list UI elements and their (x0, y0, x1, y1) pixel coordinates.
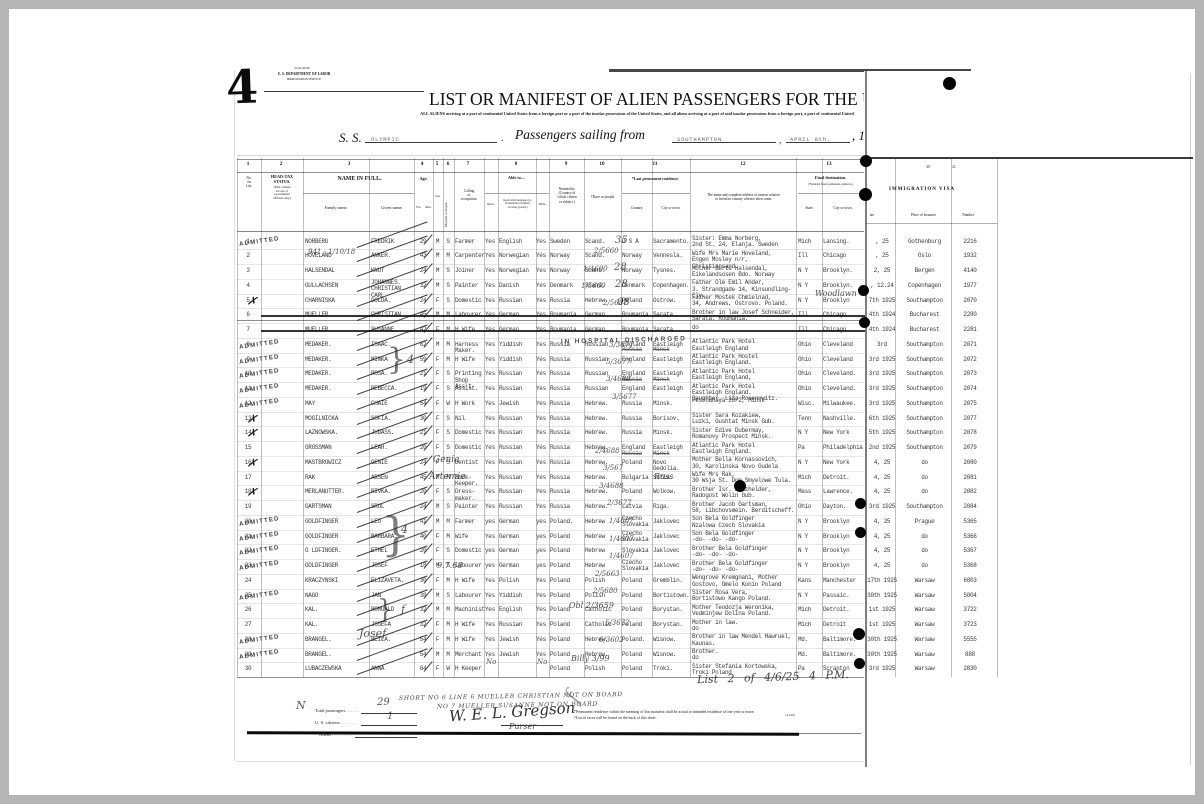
cell-na: Russia (550, 489, 584, 495)
ink-blot (860, 155, 872, 167)
column-number: 10 (595, 161, 609, 167)
handwritten-annotation: 2/4688 (595, 447, 620, 455)
cell-na: Russia (550, 504, 584, 510)
cell-ci: Troki. (653, 666, 689, 672)
form-code: 14-1625 (785, 713, 795, 718)
handwritten-annotation: N (296, 699, 306, 712)
cell-lg: Russian (499, 386, 536, 392)
cell-re: Son Bela Goldfinger -do- -do- -do- (692, 531, 796, 544)
column-number: 13 (822, 161, 836, 167)
cell-c: H Wife (455, 637, 484, 643)
cell-rd: Yes (485, 534, 498, 540)
cell-st: Ohio (798, 357, 821, 363)
cell-m: S (443, 371, 453, 377)
cell-s: F (433, 386, 442, 392)
handwritten-annotation: No (486, 658, 496, 666)
form-number: Form 500 B (257, 67, 347, 71)
cell-rd: yes (485, 563, 498, 569)
cell-st: Kans (798, 578, 821, 584)
table-rule (237, 172, 867, 173)
cell-st: Md. (798, 637, 821, 643)
cell-de: Nashville. (823, 416, 863, 422)
col-sex: Sex. (433, 195, 443, 199)
visa-cell-vd: 3rd 1925 (867, 357, 897, 363)
cell-na: Russia (550, 475, 584, 481)
visa-cell-vn: 2080 (952, 460, 988, 466)
sheet-number-stamp: 4 (225, 63, 259, 110)
col-write: Write. (536, 203, 549, 207)
handwritten-annotation: 3/567 (603, 464, 623, 472)
cell-c: Merchant (455, 652, 484, 658)
cell-s: M (433, 593, 442, 599)
visa-cell-vp: Southampton (898, 386, 951, 392)
cell-re: Wengrove Kremgnani, Mother Gostovo, Gmel… (692, 575, 796, 588)
cell-co: Bulgaria (622, 475, 651, 481)
visa-cell-vd: , 25 (867, 239, 897, 245)
department-name: U. S. DEPARTMENT OF LABOR (249, 72, 359, 76)
cell-s: F (433, 578, 442, 584)
cell-lg: Russian (499, 460, 536, 466)
cell-de: Cleveland. (823, 371, 863, 377)
cell-m: M (443, 622, 453, 628)
cell-c: H Wife (455, 357, 484, 363)
visa-col-21: 21 (947, 165, 961, 169)
column-number: 2 (274, 161, 288, 167)
handwritten-annotation: 1/4607 (609, 517, 634, 525)
column-number: 6 (441, 161, 455, 167)
admitted-stamp: ADMITTED (239, 589, 280, 602)
cell-rd: Yes (485, 298, 498, 304)
cell-na: Poland (550, 563, 584, 569)
cell-c: Carpenter (455, 253, 484, 259)
cell-rd: Yes (485, 460, 498, 466)
cell-re: Sister Rosa Vera, Bortistowo Kango Polan… (692, 590, 796, 603)
cell-st: Mich (798, 607, 821, 613)
cell-ci: Wisnow. (653, 652, 689, 658)
visa-cell-vd: 4, 25 (867, 563, 897, 569)
cell-m: S (443, 445, 453, 451)
cell-na: Poland (550, 666, 584, 672)
visa-cell-vn: 2072 (952, 357, 988, 363)
cell-st: Ohio (798, 371, 821, 377)
col-city: City or town. (653, 206, 689, 210)
handwritten-annotation: 1/4600 (583, 265, 608, 273)
visa-cell-vd: 4, 25 (867, 519, 897, 525)
cell-lg: Jewish (499, 637, 536, 643)
cell-s: F (433, 416, 442, 422)
visa-cell-vp: Warsaw (898, 593, 951, 599)
cell-co: Russia (622, 416, 651, 422)
cell-m: M (443, 652, 453, 658)
cell-n: 6 (238, 312, 258, 318)
handwritten-annotation: Josef (359, 627, 386, 640)
cell-wr: Yes (536, 268, 549, 274)
cell-rd: Yes (485, 607, 498, 613)
cell-f: MEDAKER. (305, 371, 369, 377)
cell-s: M (433, 283, 442, 289)
visa-cell-vd: 3rd (867, 342, 897, 348)
us-underline (361, 720, 417, 726)
cell-f: GOLDFINGER (305, 534, 369, 540)
cell-s: F (433, 430, 442, 436)
header-split-rule (485, 193, 549, 194)
ink-blot (734, 480, 746, 492)
comma: , (779, 135, 781, 145)
ss-period: . (501, 133, 504, 144)
cell-re: Atlantic Park Hostel Eastleigh England. (692, 354, 796, 367)
column-number: 9 (559, 161, 573, 167)
crossed-out-mark: ✗ (246, 426, 258, 441)
cell-na: Russia (550, 357, 584, 363)
handwritten-annotation: No (537, 658, 547, 666)
col-no: No. on List. (238, 176, 260, 189)
cell-f: MAY (305, 401, 369, 407)
cell-f: NAGO (305, 593, 369, 599)
cell-c: Machinist (455, 607, 484, 613)
cell-re: Atlantic Park Hotel Eastleigh England. (692, 443, 796, 456)
cell-s: M (433, 239, 442, 245)
crossed-out-mark: ✗ (246, 411, 258, 426)
admitted-stamp: ADMITTED (239, 235, 280, 248)
cell-de: Philadelphia. (823, 445, 863, 451)
cell-f: MERLANUTTER. (305, 489, 369, 495)
col-final-dest: Final destination. (798, 176, 863, 181)
cell-ci: Eastleigh (653, 386, 689, 392)
cell-lg: Polish (499, 578, 536, 584)
visa-cell-vp: do (898, 475, 951, 481)
visa-cell-vp: Warsaw (898, 578, 951, 584)
cell-lg: Yiddish (499, 593, 536, 599)
cell-de: Passaic. (823, 593, 863, 599)
visa-cell-vn: 5367 (952, 548, 988, 554)
visa-sheet-top-rule (864, 157, 1193, 159)
cell-ra: Hebrew. (585, 416, 621, 422)
cell-f: KRACZYNSKI (305, 578, 369, 584)
column-rule (261, 158, 262, 677)
header-split-rule (303, 193, 414, 194)
column-number: 4 (415, 161, 429, 167)
cell-de: Brooklyn. (823, 268, 863, 274)
cell-wr: Yes (536, 652, 549, 658)
visa-cell-vp: Bucharest (898, 312, 951, 318)
cell-c: Nil (455, 416, 484, 422)
cell-de: Baltimore. (823, 652, 863, 658)
visa-cell-vd: 4th 1924 (867, 312, 897, 318)
cell-s: F (433, 401, 442, 407)
visa-cell-vp: Copenhagen (898, 283, 951, 289)
cell-ci: Gremblin. (653, 578, 689, 584)
cell-f: MASTBROWICZ (305, 460, 369, 466)
crossed-out-mark: ✗ (246, 293, 258, 308)
cell-m: W (443, 401, 453, 407)
cell-re: Mother Berte Halsendal, Eikelandsosen Bd… (692, 266, 796, 279)
cell-st: Mich (798, 475, 821, 481)
visa-cell-vp: Warsaw (898, 607, 951, 613)
cell-na: Russia (550, 460, 584, 466)
handwritten-annotation: 9.7.68 (437, 561, 462, 570)
cell-lg: Russian (499, 371, 536, 377)
col-last-res: *Last permanent residence. (621, 177, 690, 182)
cell-lg: Jewish (499, 652, 536, 658)
cell-ci: Wolkow. (653, 489, 689, 495)
cell-de: Milwaukee. (823, 401, 863, 407)
cell-ra: Polish (585, 666, 621, 672)
cell-m: S (443, 386, 453, 392)
col-country: Country. (623, 206, 651, 210)
cell-c: Wife (455, 534, 484, 540)
visa-cell-vd: 1st 1925 (867, 622, 897, 628)
col-race: †Race or people. (585, 195, 621, 199)
cell-rd: Yes (485, 504, 498, 510)
cell-ci: Eastleigh (653, 357, 689, 363)
cell-ra: Hebrew (585, 563, 621, 569)
cell-rd: Yes (485, 386, 498, 392)
visa-cell-vd: 1st 1925 (867, 607, 897, 613)
column-number: 11 (648, 161, 662, 167)
cell-a: 64 (415, 666, 431, 672)
cell-ci: Minsk. (653, 401, 689, 407)
cell-co: Poland. (622, 637, 651, 643)
cell-co: Poland (622, 578, 651, 584)
handwritten-annotation: Artemie (429, 472, 465, 482)
handwritten-annotation: 1/5660 (581, 282, 606, 290)
ss-label: S. S. (339, 130, 362, 146)
cell-city-struck: Minsk (653, 347, 689, 353)
col-name: NAME IN FULL. (305, 177, 414, 182)
cell-f: GROSSMAN (305, 445, 369, 451)
cell-st: N Y (798, 593, 821, 599)
admitted-stamp: ADMITTED (239, 338, 280, 351)
cell-de: New York (823, 430, 863, 436)
cell-de: Cleveland. (823, 386, 863, 392)
cell-lg: Russian (499, 475, 536, 481)
cell-ra: Hebrew. (585, 401, 621, 407)
visa-cell-vp: Southampton (898, 371, 951, 377)
visa-cell-vn: 2071 (952, 342, 988, 348)
visa-cell-vp: Southampton (898, 416, 951, 422)
crossed-out-mark: ✗ (246, 485, 258, 500)
cell-m: S (443, 283, 453, 289)
cell-wr: yes (536, 534, 549, 540)
handwritten-annotation: 3/4688 (606, 375, 631, 383)
col-state: State. (798, 206, 821, 210)
handwritten-annotation: 4 (401, 523, 408, 536)
visa-cell-vp: Southampton (898, 445, 951, 451)
cell-c: H Wife (455, 578, 484, 584)
admitted-stamp: ADMITTED (239, 648, 280, 661)
cell-m: S (443, 593, 453, 599)
cell-de: Lawrence. (823, 489, 863, 495)
handwritten-annotation: 3/5677 (612, 393, 637, 401)
visa-number-header: Number (952, 213, 984, 217)
cell-s: F (433, 666, 442, 672)
visa-cell-vd: 4, 25 (867, 460, 897, 466)
cell-city-struck: Minsk (653, 377, 689, 383)
visa-sheet-right-edge (1190, 73, 1191, 765)
visa-place-header: Place of Issuance (896, 213, 951, 217)
cell-rd: yes (485, 519, 498, 525)
visa-cell-vd: 30th 1925 (867, 637, 897, 643)
cell-c: Domestic (455, 430, 484, 436)
cell-c: H Wife (455, 622, 484, 628)
cell-wr: Yes (536, 430, 549, 436)
visa-cell-vp: do (898, 548, 951, 554)
cell-f: GOLDFINGER (305, 519, 369, 525)
cell-wr: Yes (536, 416, 549, 422)
ink-blot (859, 317, 870, 328)
cell-n: 4 (238, 283, 258, 289)
visa-cell-vd: 3rd 1925 (867, 504, 897, 510)
cell-co: Poland (622, 489, 651, 495)
cell-rd: yes (485, 548, 498, 554)
cell-c: Harness Maker. (455, 342, 484, 355)
sheet-edge-left (234, 71, 235, 761)
cell-co: Russia (622, 401, 651, 407)
cell-na: Russia (550, 401, 584, 407)
footnote-2: †List of races will be found on the back… (574, 716, 784, 721)
cell-rd: Yes (485, 416, 498, 422)
cell-co: Poland (622, 607, 651, 613)
visa-col-20: 20 (921, 165, 935, 169)
total-passengers-label: Total passengers . . . . . . (315, 708, 359, 713)
cell-re: Father Mostek Chmielnad, 34, Andrews, Os… (692, 295, 796, 308)
column-number: 8 (509, 161, 523, 167)
visa-cell-vn: 2216 (952, 239, 988, 245)
cell-de: New York (823, 460, 863, 466)
ink-blot (854, 658, 865, 669)
admitted-stamp: ADMITTED (239, 353, 280, 366)
signer-title: Purser (509, 722, 536, 731)
visa-cell-vn: 5555 (952, 637, 988, 643)
handwritten-annotation: 08 (617, 297, 630, 308)
col-calling: Calling or occupation. (454, 189, 484, 202)
col-relative: The name and complete address of nearest… (693, 193, 794, 201)
cell-c: Farmer (455, 519, 484, 525)
visa-cell-vp: Bergen (898, 268, 951, 274)
visa-cell-vp: do (898, 563, 951, 569)
cell-ci: Jaklovec (653, 548, 689, 554)
cell-re: Brother Bela Goldfinger -do- -do- -do- (692, 546, 796, 559)
row-strike-line (261, 315, 865, 317)
visa-cell-vp: Prague (898, 519, 951, 525)
cell-wr: Yes (536, 342, 549, 348)
cell-st: Md. (798, 652, 821, 658)
ship-name: OLYMPIC (371, 136, 400, 143)
column-rule (303, 158, 304, 677)
visa-cell-vn: 2280 (952, 312, 988, 318)
cell-de: Cleveland (823, 342, 863, 348)
cell-lg: German (499, 534, 536, 540)
cell-m: S (443, 416, 453, 422)
visa-cell-vn: 2281 (952, 327, 988, 333)
cell-lg: German (499, 519, 536, 525)
cell-lg: English (499, 239, 536, 245)
cell-n: 19 (238, 504, 258, 510)
cell-lg: German (499, 548, 536, 554)
handwritten-annotation: Billy 3/99 (571, 654, 610, 663)
cell-wr: Yes (536, 298, 549, 304)
handwritten-annotation: 35 (615, 235, 628, 246)
cell-m: M (443, 578, 453, 584)
cell-ra: Hebrew. (585, 475, 621, 481)
cell-st: N Y (798, 298, 821, 304)
cell-wr: Yes (536, 371, 549, 377)
handwritten-annotation: Genia (433, 455, 460, 465)
cell-rd: Yes (485, 445, 498, 451)
visa-cell-vn: 2075 (952, 401, 988, 407)
cell-ci: Wisnow. (653, 637, 689, 643)
visa-title: IMMIGRATION VISA (879, 188, 965, 193)
cell-s: F (433, 622, 442, 628)
cell-na: Poland (550, 534, 584, 540)
visa-cell-vd: 17th 1925 (867, 578, 897, 584)
cell-st: N Y (798, 563, 821, 569)
visa-cell-vd: 4, 25 (867, 475, 897, 481)
cell-c: Painter (455, 504, 484, 510)
cell-lg: Russian (499, 445, 536, 451)
cell-ci: Sacramento. (653, 239, 689, 245)
cell-de: Detroit. (823, 475, 863, 481)
cell-wr: Yes (536, 637, 549, 643)
visa-cell-vn: 2082 (952, 489, 988, 495)
cell-co: Poland (622, 652, 651, 658)
col-final-dest-note: (*Intended future permanent residence.) (800, 183, 861, 187)
cell-re: Atlantic Park Hotel Eastleigh England, (692, 369, 796, 382)
cell-st: N Y (798, 534, 821, 540)
cell-re: Sister Edive Dubermay, Romanovy Prospect… (692, 428, 796, 441)
table-rule (237, 231, 867, 232)
cell-f: KAL. (305, 607, 369, 613)
column-number: 12 (736, 161, 750, 167)
cell-wr: Yes (536, 504, 549, 510)
col-nationality: Nationality. (Country of which citizen o… (550, 187, 584, 204)
cell-de: Cleveland (823, 357, 863, 363)
admitted-stamp: ADMITTED (239, 515, 280, 528)
cell-n: 2 (238, 253, 258, 259)
visa-cell-vn: 6003 (952, 578, 988, 584)
cell-re: Mother in law. do (692, 620, 796, 633)
visa-cell-vn: 5365 (952, 519, 988, 525)
visa-cell-vd: 7th 1925 (867, 298, 897, 304)
visa-cell-vn: 5004 (952, 593, 988, 599)
visa-cell-vn: 2074 (952, 386, 988, 392)
cell-ra: Hebrew. (585, 430, 621, 436)
visa-cell-vn: 1932 (952, 253, 988, 259)
cell-rd: Yes (485, 357, 498, 363)
scanned-manifest-page: Form 500 B U. S. DEPARTMENT OF LABOR IMM… (0, 0, 1204, 804)
handwritten-annotation: 2/5660 (594, 247, 619, 255)
visa-cell-vp: Southampton (898, 401, 951, 407)
sailing-date: APRIL 8th. (790, 136, 831, 143)
cell-f: LAZNOWSKA. (305, 430, 369, 436)
header-split-rule (622, 193, 690, 194)
cell-de: Brooklyn (823, 298, 863, 304)
cell-city-struck: Minsk (653, 451, 689, 457)
cell-re: Pesrodnaya 20/2, Minsk (692, 398, 796, 404)
cell-f: GARTSMAN (305, 504, 369, 510)
cell-lg: Yiddish (499, 342, 536, 348)
visa-cell-vp: Southampton (898, 357, 951, 363)
visa-cell-vp: do (898, 489, 951, 495)
cell-c: Assist. (455, 386, 484, 392)
cell-c: Joiner (455, 268, 484, 274)
cell-st: Tenn (798, 416, 821, 422)
page-title: LIST OR MANIFEST OF ALIEN PASSENGERS FOR… (429, 89, 909, 110)
visa-cell-vn: 2070 (952, 298, 988, 304)
cell-m: W (443, 666, 453, 672)
visa-cell-vd: 4, 25 (867, 534, 897, 540)
visa-cell-vp: Southampton (898, 504, 951, 510)
